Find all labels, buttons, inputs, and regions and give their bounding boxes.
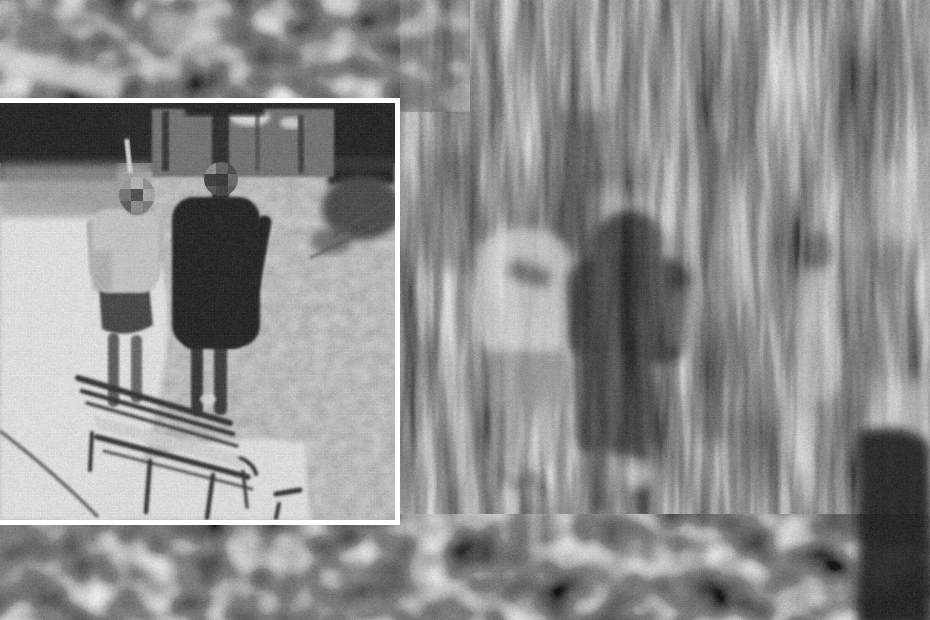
inset-canvas: [0, 103, 395, 520]
film-grain: [0, 103, 395, 520]
inset-photo: [0, 98, 400, 525]
surveillance-photo: [0, 0, 930, 620]
